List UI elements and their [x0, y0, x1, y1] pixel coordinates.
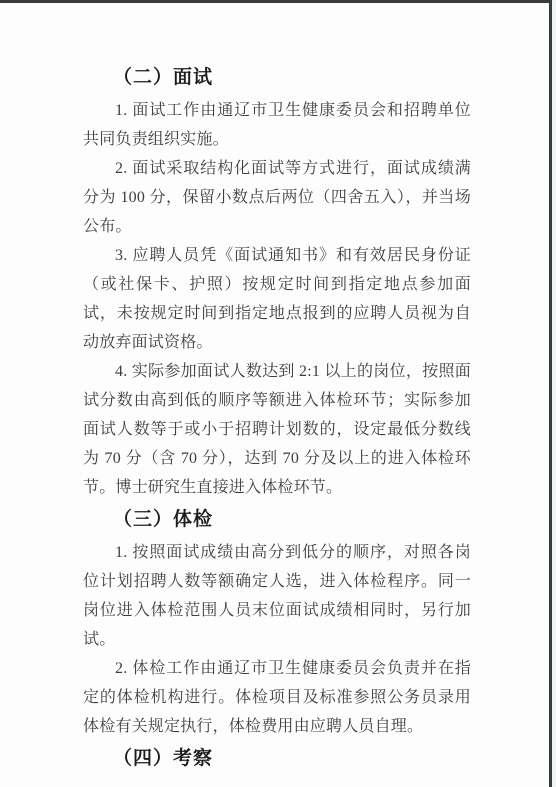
section-heading-inspection: （四）考察 [83, 745, 471, 773]
document-page: （二）面试 1. 面试工作由通辽市卫生健康委员会和招聘单位共同负责组织实施。 2… [0, 0, 556, 787]
interview-paragraph-3: 3. 应聘人员凭《面试通知书》和有效居民身份证（或社保卡、护照）按规定时间到指定… [83, 241, 471, 357]
document-content: （二）面试 1. 面试工作由通辽市卫生健康委员会和招聘单位共同负责组织实施。 2… [83, 60, 471, 777]
scan-edge-top [0, 0, 552, 3]
section-heading-interview: （二）面试 [83, 64, 471, 92]
scan-edge-right-sliver [552, 0, 556, 787]
scan-edge-right [549, 0, 552, 787]
interview-paragraph-1: 1. 面试工作由通辽市卫生健康委员会和招聘单位共同负责组织实施。 [83, 96, 471, 154]
physical-exam-paragraph-2: 2. 体检工作由通辽市卫生健康委员会负责并在指定的体检机构进行。体检项目及标准参… [83, 654, 471, 741]
physical-exam-paragraph-1: 1. 按照面试成绩由高分到低分的顺序，对照各岗位计划招聘人数等额确定人选，进入体… [83, 538, 471, 654]
interview-paragraph-4: 4. 实际参加面试人数达到 2:1 以上的岗位，按照面试分数由高到低的顺序等额进… [83, 357, 471, 502]
interview-paragraph-2: 2. 面试采取结构化面试等方式进行，面试成绩满分为 100 分，保留小数点后两位… [83, 154, 471, 241]
section-heading-physical-exam: （三）体检 [83, 506, 471, 534]
